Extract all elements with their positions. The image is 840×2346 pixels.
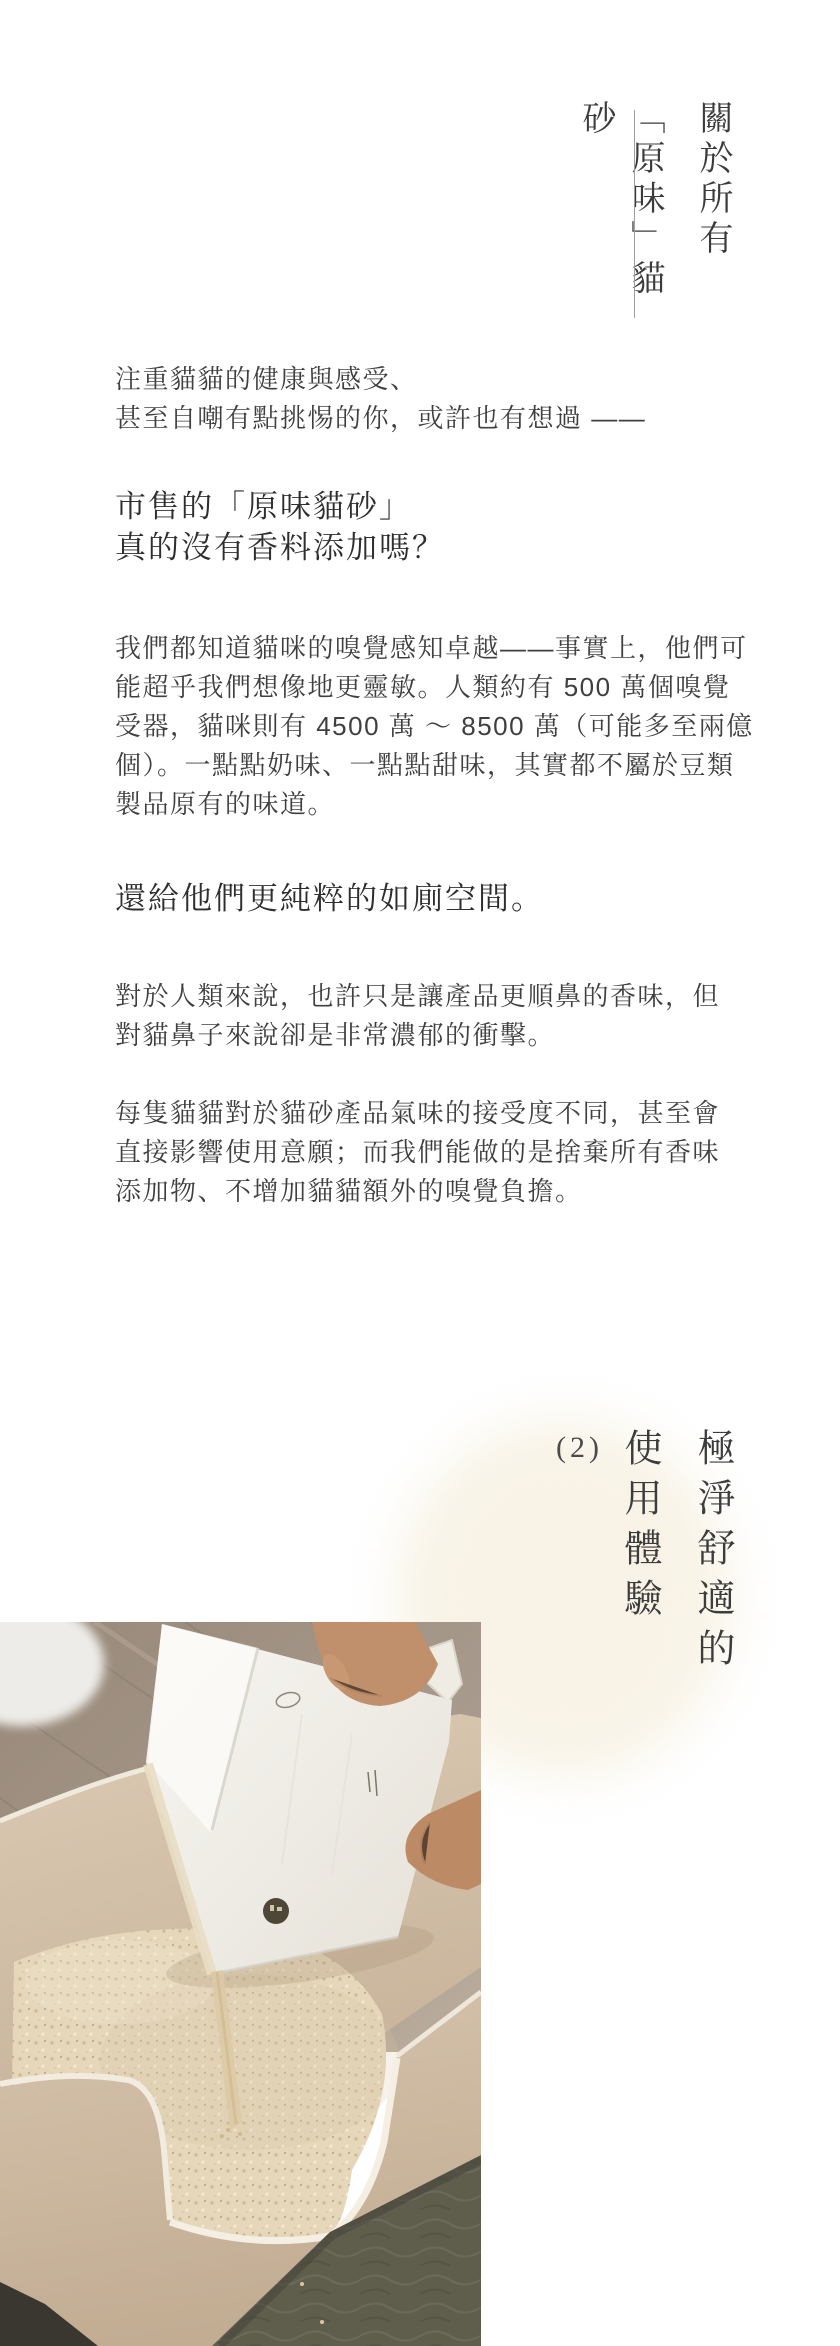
body3-line-3: 添加物、不增加貓貓額外的嗅覺負擔。: [115, 1172, 720, 1211]
intro-line-1: 注重貓貓的健康與感受、: [115, 360, 646, 399]
body2-line-2: 對貓鼻子來說卻是非常濃郁的衝擊。: [115, 1016, 720, 1055]
bag-badge-mark: [270, 1905, 274, 1911]
body3-line-1: 每隻貓貓對於貓砂產品氣味的接受度不同，甚至會: [115, 1094, 720, 1133]
bag-badge-mark: [277, 1907, 282, 1911]
body3-line-2: 直接影響使用意願；而我們能做的是捨棄所有香味: [115, 1133, 720, 1172]
section1-title-column-1: 關於所有: [688, 100, 737, 330]
litter-crumb: [320, 2320, 324, 2324]
section2-title-column-2: 使用體驗: [612, 1428, 667, 1688]
body1-line-1: 我們都知道貓咪的嗅覺感知卓越——事實上，他們可: [115, 629, 754, 668]
section1-title-column-2: 「原味」貓砂: [571, 100, 669, 330]
body1-line-5: 製品原有的味道。: [115, 785, 754, 824]
statement-heading: 還給他們更純粹的如廁空間。: [115, 878, 544, 919]
section2-index-label: (2): [556, 1431, 603, 1465]
body1-line-2: 能超乎我們想像地更靈敏。人類約有 500 萬個嗅覺: [115, 668, 754, 707]
question-heading-line-1: 市售的「原味貓砂」: [115, 486, 445, 527]
section1-vertical-title: 關於所有 「原味」貓砂: [571, 100, 737, 330]
body1-line-4: 個）。一點點奶味、一點點甜味，其實都不屬於豆類: [115, 746, 754, 785]
litter-crumb: [300, 2282, 304, 2286]
body1-line-3: 受器，貓咪則有 4500 萬 ～ 8500 萬（可能多至兩億: [115, 707, 754, 746]
product-photo: [0, 1622, 481, 2346]
intro-line-2: 甚至自嘲有點挑惕的你，或許也有想過 ——: [115, 399, 646, 438]
body-paragraph-1: 我們都知道貓咪的嗅覺感知卓越——事實上，他們可 能超乎我們想像地更靈敏。人類約有…: [115, 629, 754, 824]
title-rule-line: [634, 110, 635, 318]
body-paragraph-2: 對於人類來說，也許只是讓產品更順鼻的香味，但 對貓鼻子來說卻是非常濃郁的衝擊。: [115, 977, 720, 1055]
section2-title-column-1: 極淨舒適的: [685, 1428, 740, 1688]
body2-line-1: 對於人類來說，也許只是讓產品更順鼻的香味，但: [115, 977, 720, 1016]
bag-badge: [263, 1898, 289, 1924]
body-paragraph-3: 每隻貓貓對於貓砂產品氣味的接受度不同，甚至會 直接影響使用意願；而我們能做的是捨…: [115, 1094, 720, 1211]
section2-vertical-title: 極淨舒適的 使用體驗: [612, 1428, 740, 1688]
intro-paragraph: 注重貓貓的健康與感受、 甚至自嘲有點挑惕的你，或許也有想過 ——: [115, 360, 646, 438]
question-heading-line-2: 真的沒有香料添加嗎？: [115, 527, 445, 568]
question-heading: 市售的「原味貓砂」 真的沒有香料添加嗎？: [115, 486, 445, 568]
product-photo-illustration: [0, 1622, 481, 2346]
product-page: 關於所有 「原味」貓砂 注重貓貓的健康與感受、 甚至自嘲有點挑惕的你，或許也有想…: [0, 0, 840, 2346]
